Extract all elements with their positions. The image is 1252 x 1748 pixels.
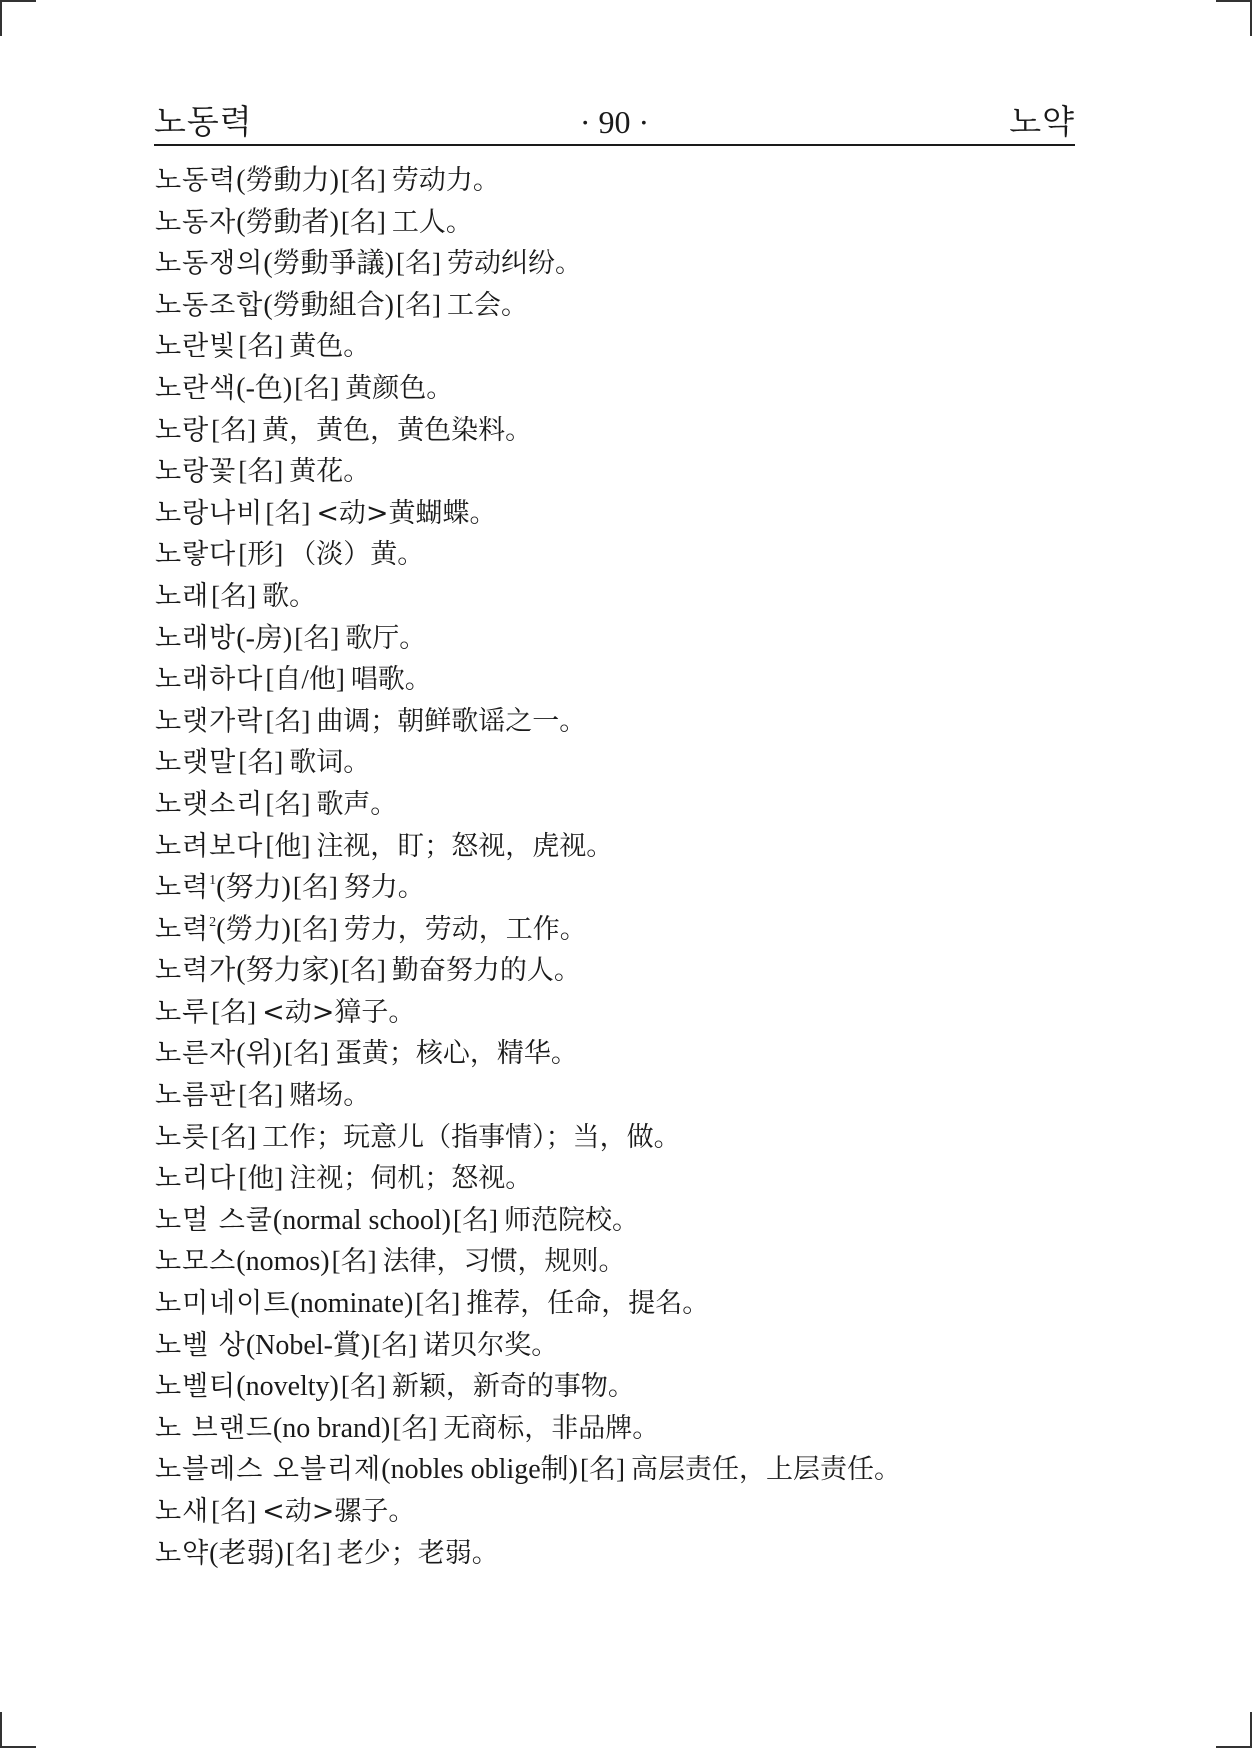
dictionary-entry: 노랑[名]黄，黄色，黄色染料。	[155, 410, 1115, 452]
entry-origin: (novelty)	[236, 1371, 339, 1402]
entry-headword: 노래하다	[155, 664, 263, 695]
origin-text: (normal school)	[273, 1205, 451, 1236]
origin-text: (Nobel-賞)	[246, 1330, 370, 1361]
entry-definition: 蛋黄；核心，精华。	[335, 1038, 578, 1069]
entry-definition: （淡）黄。	[289, 539, 424, 570]
entry-origin: (-房)	[236, 623, 292, 654]
entry-definition: 高层责任，上层责任。	[631, 1454, 901, 1485]
entry-origin: (勞動爭議)	[263, 248, 394, 279]
entry-definition: 黄，黄色，黄色染料。	[262, 415, 532, 446]
entry-headword: 노벨 상	[155, 1330, 246, 1361]
entry-headword: 노모스	[155, 1246, 236, 1277]
entry-part-of-speech: [名]	[293, 914, 338, 944]
entry-part-of-speech: [自/他]	[265, 664, 344, 694]
entry-origin: (위)	[236, 1038, 282, 1069]
entry-definition: 歌词。	[289, 747, 370, 778]
dictionary-entry: 노동쟁의(勞動爭議)[名]劳动纠纷。	[155, 243, 1115, 285]
dictionary-entry: 노랑나비[名]<动>黄蝴蝶。	[155, 493, 1115, 535]
entry-part-of-speech: [名]	[332, 1246, 377, 1276]
origin-text: (勞動力)	[236, 165, 339, 196]
origin-text: (勞動組合)	[263, 290, 394, 321]
entry-headword: 노래	[155, 581, 209, 612]
entry-origin: (nobles oblige制)	[381, 1454, 578, 1485]
dictionary-entry: 노려보다[他]注视，盯；怒视，虎视。	[155, 826, 1115, 868]
entry-part-of-speech: [名]	[341, 165, 386, 195]
origin-text: (勞動爭議)	[263, 248, 394, 279]
entry-part-of-speech: [名]	[341, 1371, 386, 1401]
dictionary-entry: 노동력(勞動力)[名]劳动力。	[155, 160, 1115, 202]
entry-definition: 推荐，任命，提名。	[466, 1288, 709, 1319]
entry-headword: 노랫소리	[155, 789, 263, 820]
dictionary-entry: 노 브랜드(no brand)[名]无商标，非品牌。	[155, 1408, 1115, 1450]
dictionary-entry: 노른자(위)[名]蛋黄；核心，精华。	[155, 1033, 1115, 1075]
entry-headword: 노릇	[155, 1122, 209, 1153]
entry-part-of-speech: [名]	[293, 872, 338, 902]
entry-definition: 努力。	[344, 872, 425, 903]
entry-headword: 노려보다	[155, 831, 263, 862]
entry-definition: 注视；伺机；怒视。	[289, 1163, 532, 1194]
entry-part-of-speech: [名]	[265, 498, 310, 528]
entry-headword: 노동쟁의	[155, 248, 263, 279]
dictionary-entry: 노루[名]<动>獐子。	[155, 992, 1115, 1034]
entry-definition: 黄颜色。	[345, 373, 453, 404]
entry-definition: 劳动纠纷。	[447, 248, 582, 279]
entry-definition: 歌声。	[316, 789, 397, 820]
dictionary-entry: 노래[名]歌。	[155, 576, 1115, 618]
entry-origin: (努力家)	[236, 955, 339, 986]
entry-definition: 赌场。	[289, 1080, 370, 1111]
dictionary-entry: 노새[名]<动>骡子。	[155, 1491, 1115, 1533]
entry-headword: 노력가	[155, 955, 236, 986]
entry-headword: 노랑나비	[155, 498, 263, 529]
origin-text: (nomos)	[236, 1246, 329, 1277]
entry-part-of-speech: [名]	[294, 373, 339, 403]
entry-origin: (勞動力)	[236, 165, 339, 196]
entry-origin: (-色)	[236, 373, 292, 404]
entry-definition: <动>獐子。	[262, 997, 415, 1028]
dictionary-entry: 노래방(-房)[名]歌厅。	[155, 618, 1115, 660]
entry-headword: 노력	[155, 914, 209, 945]
dictionary-entry: 노란빛[名]黄色。	[155, 326, 1115, 368]
dictionary-entry: 노리다[他]注视；伺机；怒视。	[155, 1158, 1115, 1200]
entry-definition: 黄色。	[289, 331, 370, 362]
entry-part-of-speech: [名]	[415, 1288, 460, 1318]
entry-headword: 노루	[155, 997, 209, 1028]
entry-headword: 노름판	[155, 1080, 236, 1111]
entry-definition: 歌厅。	[345, 623, 426, 654]
origin-text: (勞動者)	[236, 207, 339, 238]
origin-text: (努力家)	[236, 955, 339, 986]
entry-origin: (nomos)	[236, 1246, 329, 1277]
origin-text: (-色)	[236, 373, 292, 404]
entry-headword: 노랗다	[155, 539, 236, 570]
entry-origin: (Nobel-賞)	[246, 1330, 370, 1361]
dictionary-entry: 노약(老弱)[名]老少；老弱。	[155, 1533, 1115, 1575]
dictionary-entry: 노벨 상(Nobel-賞)[名]诺贝尔奖。	[155, 1325, 1115, 1367]
entry-definition: 唱歌。	[351, 664, 432, 695]
entry-part-of-speech: [他]	[265, 831, 310, 861]
entry-headword: 노약	[155, 1538, 209, 1569]
entry-part-of-speech: [名]	[238, 331, 283, 361]
dictionary-entry: 노랗다[形]（淡）黄。	[155, 534, 1115, 576]
origin-text: (nominate)	[290, 1288, 413, 1319]
entry-definition: 劳动力。	[392, 165, 500, 196]
dictionary-entry-list: 노동력(勞動力)[名]劳动力。노동자(勞動者)[名]工人。노동쟁의(勞動爭議)[…	[155, 160, 1115, 1574]
dictionary-entry: 노랫가락[名]曲调；朝鲜歌谣之一。	[155, 701, 1115, 743]
dictionary-entry: 노벨티(novelty)[名]新颖，新奇的事物。	[155, 1366, 1115, 1408]
entry-part-of-speech: [名]	[238, 747, 283, 777]
entry-headword: 노리다	[155, 1163, 236, 1194]
entry-part-of-speech: [名]	[211, 997, 256, 1027]
dictionary-entry: 노릇[名]工作；玩意儿（指事情）；当，做。	[155, 1117, 1115, 1159]
origin-text: (努力)	[216, 872, 291, 903]
entry-headword: 노새	[155, 1496, 209, 1527]
entry-part-of-speech: [名]	[211, 581, 256, 611]
origin-text: (-房)	[236, 623, 292, 654]
entry-origin: 2(勞力)	[209, 914, 291, 945]
entry-definition: 新颖，新奇的事物。	[392, 1371, 635, 1402]
entry-origin: (勞動者)	[236, 207, 339, 238]
page-number: · 90 ·	[154, 102, 1075, 142]
entry-definition: 无商标，非品牌。	[443, 1413, 659, 1444]
entry-definition: 老少；老弱。	[337, 1538, 499, 1569]
entry-part-of-speech: [名]	[396, 290, 441, 320]
entry-headword: 노동자	[155, 207, 236, 238]
entry-part-of-speech: [名]	[341, 955, 386, 985]
entry-part-of-speech: [名]	[580, 1454, 625, 1484]
origin-text: (勞力)	[216, 914, 291, 945]
entry-headword: 노랑꽃	[155, 456, 236, 487]
dictionary-entry: 노미네이트(nominate)[名]推荐，任命，提名。	[155, 1283, 1115, 1325]
entry-part-of-speech: [名]	[265, 789, 310, 819]
guide-word-last: 노약	[1009, 102, 1075, 142]
origin-text: (no brand)	[273, 1413, 390, 1444]
entry-headword: 노력	[155, 872, 209, 903]
entry-headword: 노랫가락	[155, 706, 263, 737]
dictionary-entry: 노란색(-色)[名]黄颜色。	[155, 368, 1115, 410]
entry-headword: 노블레스 오블리제	[155, 1454, 381, 1485]
crop-mark-top-right-h	[1216, 0, 1252, 2]
crop-mark-top-left-v	[0, 0, 2, 36]
dictionary-entry: 노동자(勞動者)[名]工人。	[155, 202, 1115, 244]
entry-headword: 노랫말	[155, 747, 236, 778]
entry-part-of-speech: [名]	[372, 1330, 417, 1360]
entry-part-of-speech: [名]	[453, 1205, 498, 1235]
entry-part-of-speech: [名]	[238, 456, 283, 486]
entry-origin: (勞動組合)	[263, 290, 394, 321]
entry-headword: 노동조합	[155, 290, 263, 321]
entry-headword: 노벨티	[155, 1371, 236, 1402]
crop-mark-top-left-h	[0, 0, 36, 2]
entry-part-of-speech: [名]	[286, 1538, 331, 1568]
entry-headword: 노래방	[155, 623, 236, 654]
entry-part-of-speech: [名]	[211, 1122, 256, 1152]
dictionary-entry: 노랫말[名]歌词。	[155, 742, 1115, 784]
crop-mark-bottom-left-v	[0, 1712, 2, 1748]
entry-headword: 노멀 스쿨	[155, 1205, 273, 1236]
entry-definition: <动>黄蝴蝶。	[316, 498, 496, 529]
entry-origin: (老弱)	[209, 1538, 284, 1569]
entry-definition: 工人。	[392, 207, 473, 238]
entry-origin: (nominate)	[290, 1288, 413, 1319]
entry-headword: 노른자	[155, 1038, 236, 1069]
entry-definition: 诺贝尔奖。	[423, 1330, 558, 1361]
entry-part-of-speech: [名]	[396, 248, 441, 278]
entry-headword: 노랑	[155, 415, 209, 446]
dictionary-entry: 노랑꽃[名]黄花。	[155, 451, 1115, 493]
entry-part-of-speech: [名]	[238, 1080, 283, 1110]
dictionary-entry: 노동조합(勞動組合)[名]工会。	[155, 285, 1115, 327]
entry-definition: 工会。	[447, 290, 528, 321]
entry-headword: 노란색	[155, 373, 236, 404]
entry-definition: 劳力，劳动，工作。	[344, 914, 587, 945]
dictionary-entry: 노력1(努力)[名]努力。	[155, 867, 1115, 909]
entry-headword: 노미네이트	[155, 1288, 290, 1319]
entry-part-of-speech: [他]	[238, 1163, 283, 1193]
entry-definition: 歌。	[262, 581, 316, 612]
entry-part-of-speech: [名]	[392, 1413, 437, 1443]
entry-definition: 工作；玩意儿（指事情）；当，做。	[262, 1122, 681, 1153]
dictionary-entry: 노멀 스쿨(normal school)[名]师范院校。	[155, 1200, 1115, 1242]
entry-definition: 黄花。	[289, 456, 370, 487]
dictionary-entry: 노랫소리[名]歌声。	[155, 784, 1115, 826]
entry-definition: 法律，习惯，规则。	[383, 1246, 626, 1277]
entry-headword: 노란빛	[155, 331, 236, 362]
origin-text: (novelty)	[236, 1371, 339, 1402]
entry-part-of-speech: [形]	[238, 539, 283, 569]
dictionary-entry: 노모스(nomos)[名]法律，习惯，规则。	[155, 1241, 1115, 1283]
dictionary-entry: 노래하다[自/他]唱歌。	[155, 659, 1115, 701]
entry-headword: 노동력	[155, 165, 236, 196]
entry-headword: 노 브랜드	[155, 1413, 273, 1444]
entry-definition: <动>骡子。	[262, 1496, 415, 1527]
entry-definition: 注视，盯；怒视，虎视。	[316, 831, 613, 862]
dictionary-entry: 노름판[名]赌场。	[155, 1075, 1115, 1117]
entry-origin: 1(努力)	[209, 872, 291, 903]
dictionary-entry: 노력가(努力家)[名]勤奋努力的人。	[155, 950, 1115, 992]
entry-part-of-speech: [名]	[284, 1038, 329, 1068]
origin-text: (위)	[236, 1038, 282, 1069]
dictionary-entry: 노력2(勞力)[名]劳力，劳动，工作。	[155, 909, 1115, 951]
dictionary-entry: 노블레스 오블리제(nobles oblige制)[名]高层责任，上层责任。	[155, 1449, 1115, 1491]
entry-part-of-speech: [名]	[341, 207, 386, 237]
entry-definition: 师范院校。	[504, 1205, 639, 1236]
entry-part-of-speech: [名]	[211, 415, 256, 445]
running-header: 노동력 · 90 · 노약	[154, 100, 1075, 146]
origin-text: (老弱)	[209, 1538, 284, 1569]
entry-part-of-speech: [名]	[265, 706, 310, 736]
entry-part-of-speech: [名]	[294, 623, 339, 653]
entry-part-of-speech: [名]	[211, 1496, 256, 1526]
entry-definition: 曲调；朝鲜歌谣之一。	[316, 706, 586, 737]
origin-text: (nobles oblige制)	[381, 1454, 578, 1485]
entry-origin: (no brand)	[273, 1413, 390, 1444]
entry-definition: 勤奋努力的人。	[392, 955, 581, 986]
entry-origin: (normal school)	[273, 1205, 451, 1236]
